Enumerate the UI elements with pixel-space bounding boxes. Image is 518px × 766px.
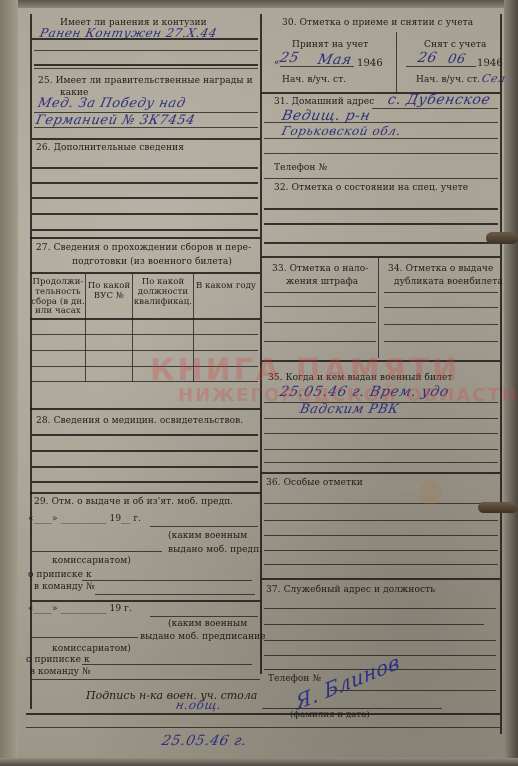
signature-role-handwritten: н.общ. [175,698,224,712]
removed-month: 06 [446,52,467,67]
mobilization2-attached-to: о приписке к [26,655,90,665]
mobilization-date-line: «____» __________ 19__ г. [28,514,141,524]
special-notes-label: 36. Особые отметки [266,478,363,488]
mobilization2-issuer-note-3: комиссариатом) [52,644,131,654]
page-edge-top [0,0,518,8]
work-address-label: 37. Служебный адрес и должность [266,585,435,595]
fine-label-1: 33. Отметка о нало- [272,264,368,274]
additional-label: 26. Дополнительные сведения [36,143,184,153]
mobilization-team-no: в команду № [34,582,95,592]
accepted-label: Принят на учет [292,40,368,50]
home-address-handwritten-3: Горьковской обл. [281,124,403,138]
duplicate-label-2: дубликата военбилета [394,277,503,287]
binding-twine-lower [478,502,518,513]
center-divider-line [260,14,262,674]
removed-label: Снят с учета [424,40,486,50]
fine-label-2: жения штрафа [286,277,358,287]
training-col-duration: Продолжи-тельность сбора (в дн. или часа… [31,278,85,317]
accepted-day: 25 [278,50,300,66]
training-label-1: 27. Сведения о прохождении сборов и пере… [36,243,251,253]
accepted-chief-label: Нач. в/уч. ст. [282,75,346,85]
training-col-position: По какой должности квалификац. [133,278,193,307]
training-col-vus: По какой ВУС № [86,282,132,302]
paper-stain [420,480,442,506]
home-address-label: 31. Домашний адрес [274,97,374,107]
mobilization2-team-no: в команду № [30,667,91,677]
military-id-label: 35. Когда и кем выдан военный билет [268,373,452,383]
home-address-handwritten-1: с. Дубенское [386,92,492,108]
removed-chief-label: Нач. в/уч. ст. [416,75,480,85]
removed-chief-handwritten: Сел [481,72,507,85]
mobilization2-issuer-note-2: выдано моб. предписание [140,632,266,642]
page-edge-left [0,0,18,766]
binding-twine-upper [486,232,518,244]
training-col-year: В каком году [194,282,258,292]
mobilization-issuer-note-3: комиссариатом) [52,556,131,566]
military-id-handwritten-2: Вадским РВК [298,402,400,417]
awards-label: 25. Имеет ли правительственные награды и [38,76,253,86]
duplicate-label-1: 34. Отметка о выдаче [388,264,493,274]
phone-1-label: Телефон № [274,163,327,173]
removed-day: 26 [416,50,438,66]
registration-label: 30. Отметка о приеме и снятии с учета [282,18,473,28]
mobilization-attached-to: о приписке к [28,570,92,580]
signature-label: Подпись н-ка воен. уч. стола [86,689,257,702]
document-page: Имеет ли ранения и контузии Ранен Контуж… [0,0,518,766]
page-edge-bottom [0,758,518,766]
mobilization-date-line-2: «____» __________ 19 г. [28,604,132,614]
mobilization-label: 29. Отм. о выдаче и об из'ят. моб. предп… [34,497,233,507]
special-registration-label: 32. Отметка о состоянии на спец. учете [274,183,468,193]
accepted-year: 1946 [357,58,383,70]
medical-label: 28. Сведения о медицин. освидетельствов. [36,416,243,426]
mobilization-issuer-note-2: выдано моб. предп. [168,545,262,555]
page-edge-right [504,0,518,766]
signature-date-handwritten: 25.05.46 г. [160,733,248,749]
mobilization-issuer-note-1: (каким военным [168,531,247,541]
awards-handwritten-2: Германией № 3К7454 [34,113,196,128]
awards-handwritten-1: Мед. За Победу над [36,96,187,111]
military-id-handwritten-1: 25.05.46 г. Врем. удо [278,384,450,400]
removed-year: 1946 [477,58,503,70]
right-frame-line [500,14,502,734]
mobilization2-issuer-note-1: (каким военным [168,619,247,629]
training-label-2: подготовки (из военного билета) [72,257,232,267]
